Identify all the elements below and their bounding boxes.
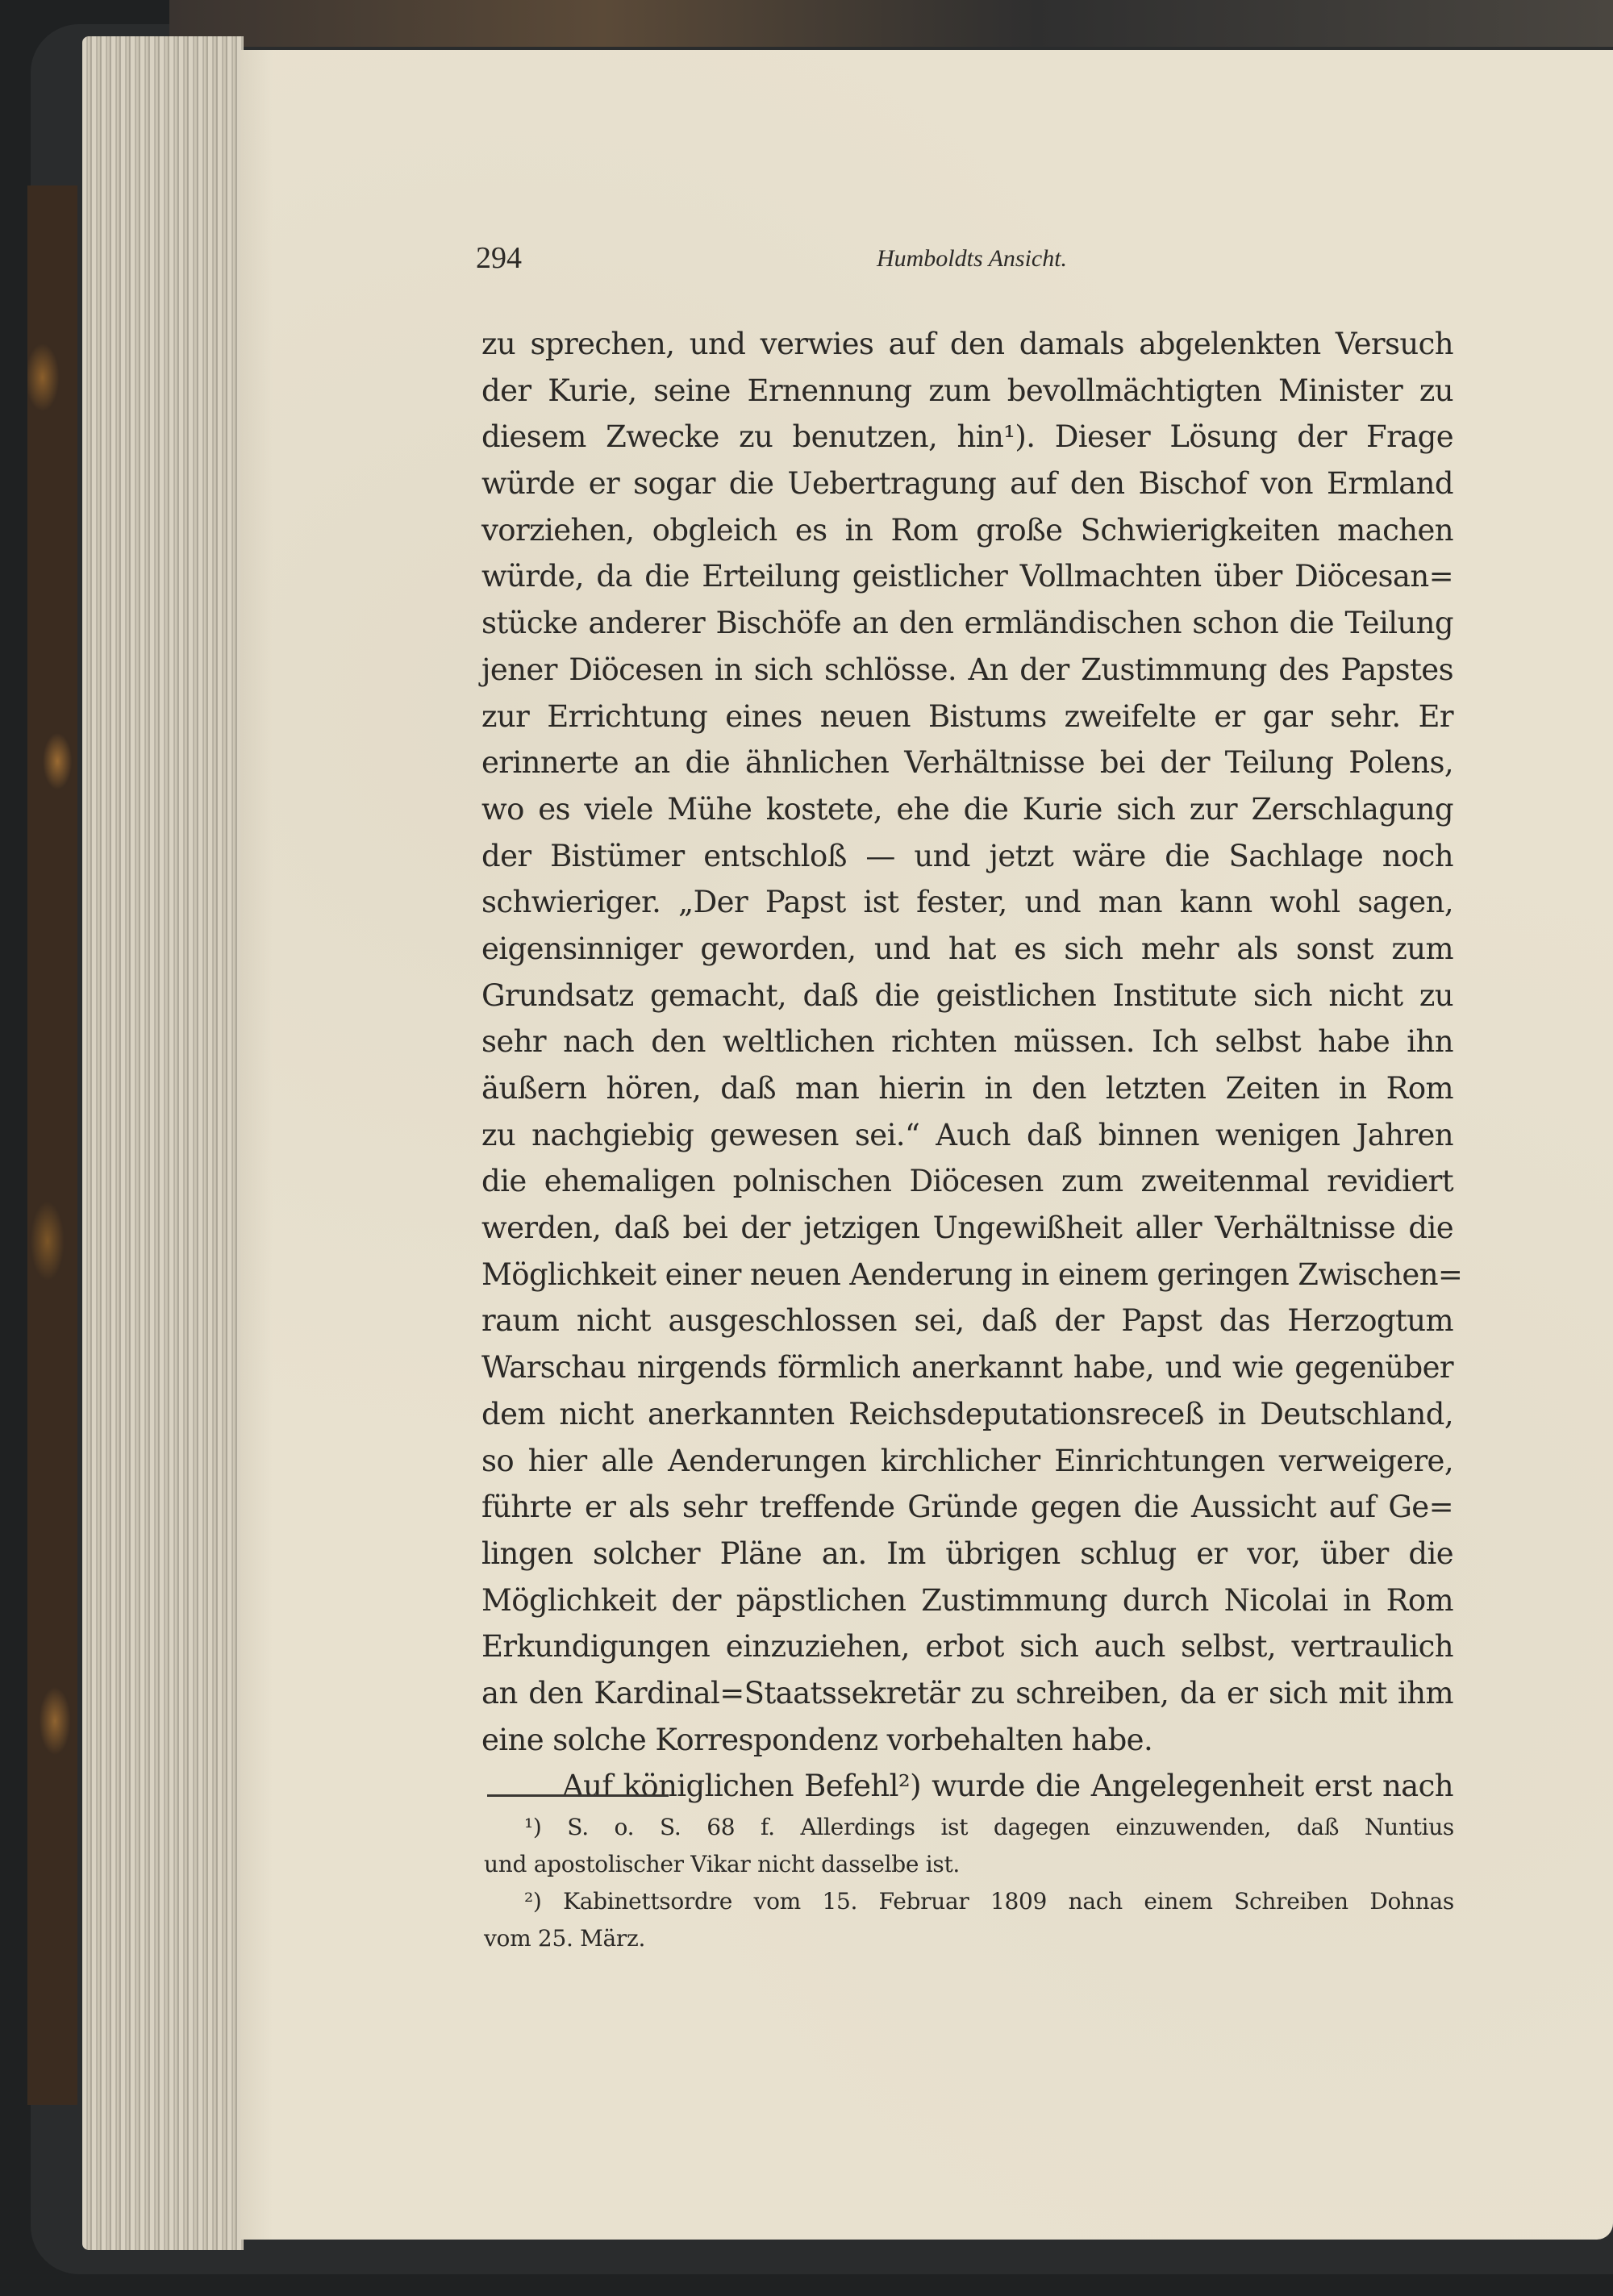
page-stack-edge — [82, 36, 244, 2250]
text-line: stücke anderer Bischöfe an den ermländis… — [481, 600, 1453, 647]
running-head: 294 Humboldts Ansicht. — [476, 240, 1468, 289]
paragraph-start-line: Auf königlichen Befehl²) wurde die Angel… — [481, 1763, 1453, 1810]
text-line: diesem Zwecke zu benutzen, hin¹). Dieser… — [481, 414, 1453, 460]
text-line: die ehemaligen polnischen Diöcesen zum z… — [481, 1158, 1453, 1205]
text-line: werden, daß bei der jetzigen Ungewißheit… — [481, 1205, 1453, 1252]
text-line: der Kurie, seine Ernennung zum bevollmäc… — [481, 368, 1453, 415]
text-line: wo es viele Mühe kostete, ehe die Kurie … — [481, 786, 1453, 833]
text-line: erinnerte an die ähnlichen Verhältnisse … — [481, 740, 1453, 786]
footnote-2-line: vom 25. März. — [484, 1920, 1454, 1957]
text-line: sehr nach den weltlichen richten müssen.… — [481, 1019, 1453, 1065]
text-line: vorziehen, obgleich es in Rom große Schw… — [481, 507, 1453, 554]
marbled-cover-edge — [27, 185, 77, 2105]
text-line: lingen solcher Pläne an. Im übrigen schl… — [481, 1531, 1453, 1577]
text-line: Grundsatz gemacht, daß die geistlichen I… — [481, 973, 1453, 1019]
text-line: zu nachgiebig gewesen sei.“ Auch daß bin… — [481, 1112, 1453, 1159]
text-line: zur Errichtung eines neuen Bistums zweif… — [481, 694, 1453, 740]
text-line: raum nicht ausgeschlossen sei, daß der P… — [481, 1298, 1453, 1344]
footnote-rule — [487, 1794, 669, 1797]
text-line: der Bistümer entschloß — und jetzt wäre … — [481, 833, 1453, 880]
text-line: dem nicht anerkannten Reichsdeputationsr… — [481, 1391, 1453, 1438]
footnote-2-line: ²) Kabinettsordre vom 15. Februar 1809 n… — [484, 1883, 1454, 1920]
text-line: eine solche Korrespondenz vorbehalten ha… — [481, 1717, 1453, 1764]
text-line: Warschau nirgends förmlich anerkannt hab… — [481, 1344, 1453, 1391]
text-line: jener Diöcesen in sich schlösse. An der … — [481, 647, 1453, 694]
text-line: Möglichkeit der päpstlichen Zustimmung d… — [481, 1577, 1453, 1624]
text-line: so hier alle Aenderungen kirchlicher Ein… — [481, 1438, 1453, 1485]
body-text: zu sprechen, und verwies auf den damals … — [481, 321, 1453, 1810]
footnote-1-line: ¹) S. o. S. 68 f. Allerdings ist dagegen… — [484, 1809, 1454, 1846]
text-line: zu sprechen, und verwies auf den damals … — [481, 321, 1453, 368]
text-line: an den Kardinal=Staatssekretär zu schrei… — [481, 1670, 1453, 1717]
text-line: würde er sogar die Uebertragung auf den … — [481, 460, 1453, 507]
text-line: eigensinniger geworden, und hat es sich … — [481, 926, 1453, 973]
running-head-title: Humboldts Ansicht. — [476, 245, 1468, 273]
text-line: würde, da die Erteilung geistlicher Voll… — [481, 553, 1453, 600]
text-line: führte er als sehr treffende Gründe gege… — [481, 1484, 1453, 1531]
footnotes: ¹) S. o. S. 68 f. Allerdings ist dagegen… — [484, 1809, 1454, 1957]
text-line: Erkundigungen einzuziehen, erbot sich au… — [481, 1623, 1453, 1670]
text-line: Möglichkeit einer neuen Aenderung in ein… — [481, 1252, 1453, 1298]
footnote-1-line: und apostolischer Vikar nicht dasselbe i… — [484, 1846, 1454, 1883]
text-line: äußern hören, daß man hierin in den letz… — [481, 1065, 1453, 1112]
text-line: schwieriger. „Der Papst ist fester, und … — [481, 879, 1453, 926]
book-cover-top-edge — [169, 0, 1613, 47]
